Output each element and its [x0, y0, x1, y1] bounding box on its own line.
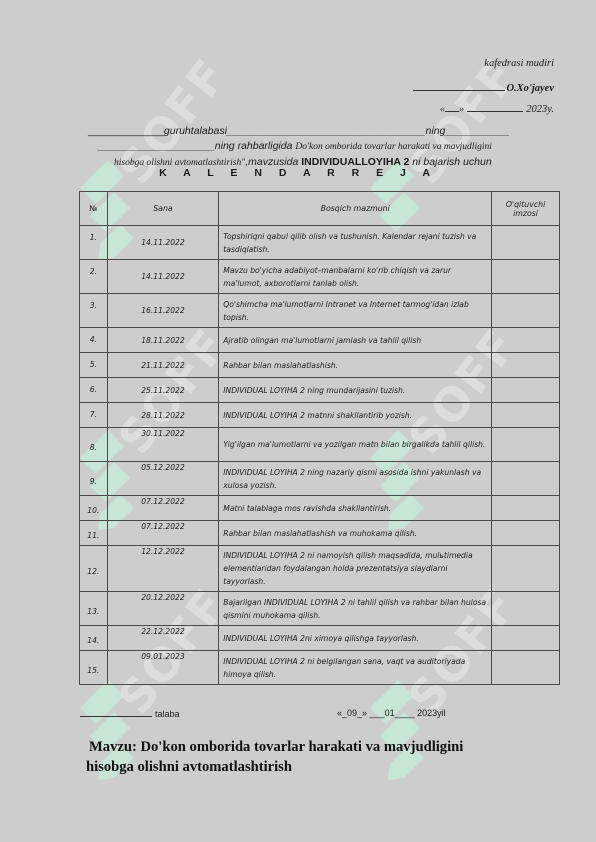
intro-paragraph: _____________guruhtalabasi______________… — [88, 124, 536, 171]
table-row: 10.07.12.2022Matni talablaga mos ravishd… — [80, 496, 560, 521]
row-number: 12. — [80, 546, 108, 592]
table-row: 3.16.11.2022Qo'shimcha ma'lumotlarni Int… — [80, 294, 560, 328]
row-signature — [492, 294, 560, 328]
topic-line-2: hisobga olishni avtomatlashtirish — [86, 757, 463, 777]
student-label: talaba — [155, 709, 180, 719]
row-description: Bajarilgan INDIVIDUAL LOYIHA 2 ni tahlil… — [219, 592, 492, 626]
row-description: Matni talablaga mos ravishda shakllantir… — [219, 496, 492, 521]
row-signature — [492, 546, 560, 592]
row-description: Qo'shimcha ma'lumotlarni Intranet va Int… — [219, 294, 492, 328]
row-date: 22.12.2022 — [107, 626, 219, 651]
row-date: 07.12.2022 — [107, 496, 219, 521]
row-date: 28.11.2022 — [107, 403, 219, 428]
quote-close: » — [459, 104, 464, 115]
row-signature — [492, 626, 560, 651]
row-description: Topshiriqni qabul qilib olish va tushuni… — [219, 226, 492, 260]
approval-year: 2023y. — [526, 104, 554, 115]
row-date: 30.11.2022 — [107, 428, 219, 462]
row-number: 8. — [80, 428, 108, 462]
row-signature — [492, 651, 560, 685]
topic-line-1: Mavzu: Do'kon omborida tovarlar harakati… — [86, 737, 463, 757]
row-number: 9. — [80, 462, 108, 496]
row-number: 15. — [80, 651, 108, 685]
row-date: 18.11.2022 — [107, 328, 219, 353]
table-row: 13.20.12.2022Bajarilgan INDIVIDUAL LOYIH… — [80, 592, 560, 626]
row-signature — [492, 328, 560, 353]
row-signature — [492, 260, 560, 294]
row-date: 07.12.2022 — [107, 521, 219, 546]
row-description: INDIVIDUAL LOYIHA 2 ning nazariy qismi a… — [219, 462, 492, 496]
table-row: 12.12.12.2022INDIVIDUAL LOYIHA 2 ni namo… — [80, 546, 560, 592]
table-row: 2.14.11.2022Mavzu bo'yicha adabiyot–manb… — [80, 260, 560, 294]
row-description: Rahbar bilan maslahatlashish va muhokama… — [219, 521, 492, 546]
table-row: 1.14.11.2022Topshiriqni qabul qilib olis… — [80, 226, 560, 260]
row-description: INDIVIDUAL LOYIHA 2 ni namoyish qilish m… — [219, 546, 492, 592]
table-row: 6.25.11.2022INDIVIDUAL LOYIHA 2 ning mun… — [80, 378, 560, 403]
header-number: № — [80, 192, 108, 226]
table-row: 5.21.11.2022Rahbar bilan maslahatlashish… — [80, 353, 560, 378]
row-number: 11. — [80, 521, 108, 546]
row-date: 09.01.2023 — [107, 651, 219, 685]
row-signature — [492, 496, 560, 521]
row-description: INDIVIDUAL LOYIHA 2 ning mundarijasini t… — [219, 378, 492, 403]
ning-label: ning — [426, 125, 446, 137]
approval-role: kafedrasi mudiri — [484, 58, 554, 69]
row-date: 14.11.2022 — [107, 226, 219, 260]
row-date: 14.11.2022 — [107, 260, 219, 294]
table-row: 15.09.01.2023INDIVIDUAL LOYIHA 2 ni belg… — [80, 651, 560, 685]
table-row: 14.22.12.2022INDIVIDUAL LOYIHA 2ni ximoy… — [80, 626, 560, 651]
row-date: 25.11.2022 — [107, 378, 219, 403]
row-signature — [492, 521, 560, 546]
row-date: 12.12.2022 — [107, 546, 219, 592]
intro-topic-line1: Do'kon omborida tovarlar harakati va mav… — [295, 142, 492, 152]
topic-heading: Mavzu: Do'kon omborida tovarlar harakati… — [86, 737, 463, 777]
row-signature — [492, 592, 560, 626]
month-blank — [467, 102, 523, 112]
row-number: 1. — [80, 226, 108, 260]
row-number: 7. — [80, 403, 108, 428]
row-signature — [492, 226, 560, 260]
row-number: 14. — [80, 626, 108, 651]
row-number: 3. — [80, 294, 108, 328]
row-signature — [492, 428, 560, 462]
page-title: K A L E N D A R R E J A — [0, 167, 596, 179]
table-row: 11.07.12.2022Rahbar bilan maslahatlashis… — [80, 521, 560, 546]
row-description: Mavzu bo'yicha adabiyot–manbalarni ko'ri… — [219, 260, 492, 294]
table-row: 8.30.11.2022Yig'ilgan ma'lumotlarni va y… — [80, 428, 560, 462]
row-number: 10. — [80, 496, 108, 521]
signature-line — [413, 80, 505, 91]
row-signature — [492, 353, 560, 378]
header-signature: O'qituvchi imzosi — [492, 192, 560, 226]
footer-day: 09 — [347, 708, 357, 718]
row-description: Ajratib olingan ma'lumotlarni jamlash va… — [219, 328, 492, 353]
footer-month: 01 — [385, 708, 395, 718]
table-row: 4.18.11.2022Ajratib olingan ma'lumotlarn… — [80, 328, 560, 353]
group-label: guruhtalabasi — [164, 125, 227, 137]
row-description: Rahbar bilan maslahatlashish. — [219, 353, 492, 378]
student-signature: talaba — [80, 708, 180, 719]
document-page: kafedrasi mudiri O.Xo'jayev «»2023y. ___… — [0, 0, 596, 842]
approval-signature: O.Xo'jayev — [413, 80, 554, 94]
row-date: 16.11.2022 — [107, 294, 219, 328]
row-number: 2. — [80, 260, 108, 294]
row-description: INDIVIDUAL LOYIHA 2 matnni shakllantirib… — [219, 403, 492, 428]
day-blank — [445, 102, 459, 112]
intro-line-2: ____________________ning rahbarligida Do… — [88, 139, 536, 155]
row-date: 05.12.2022 — [107, 462, 219, 496]
table-row: 9.05.12.2022INDIVIDUAL LOYIHA 2 ning naz… — [80, 462, 560, 496]
row-number: 13. — [80, 592, 108, 626]
row-description: INDIVIDUAL LOYIHA 2ni ximoya qilishga ta… — [219, 626, 492, 651]
supervision-label: ning rahbarligida — [215, 140, 293, 152]
signature-line — [80, 708, 152, 717]
row-number: 6. — [80, 378, 108, 403]
row-date: 21.11.2022 — [107, 353, 219, 378]
row-number: 5. — [80, 353, 108, 378]
row-signature — [492, 378, 560, 403]
approval-name: O.Xo'jayev — [506, 83, 554, 94]
header-date: Sana — [107, 192, 219, 226]
row-date: 20.12.2022 — [107, 592, 219, 626]
table-row: 7.28.11.2022INDIVIDUAL LOYIHA 2 matnni s… — [80, 403, 560, 428]
calendar-plan-table: № Sana Bosqich mazmuni O'qituvchi imzosi… — [79, 191, 560, 685]
row-description: INDIVIDUAL LOYIHA 2 ni belgilangan sana,… — [219, 651, 492, 685]
intro-line-1: _____________guruhtalabasi______________… — [88, 124, 536, 139]
table-header-row: № Sana Bosqich mazmuni O'qituvchi imzosi — [80, 192, 560, 226]
footer-year: 2023yil — [417, 708, 446, 718]
row-signature — [492, 403, 560, 428]
footer-date: «_09_» ___01____ 2023yil — [337, 708, 446, 718]
row-number: 4. — [80, 328, 108, 353]
approval-date: «»2023y. — [440, 102, 554, 115]
row-description: Yig'ilgan ma'lumotlarni va yozilgan matn… — [219, 428, 492, 462]
header-description: Bosqich mazmuni — [219, 192, 492, 226]
row-signature — [492, 462, 560, 496]
